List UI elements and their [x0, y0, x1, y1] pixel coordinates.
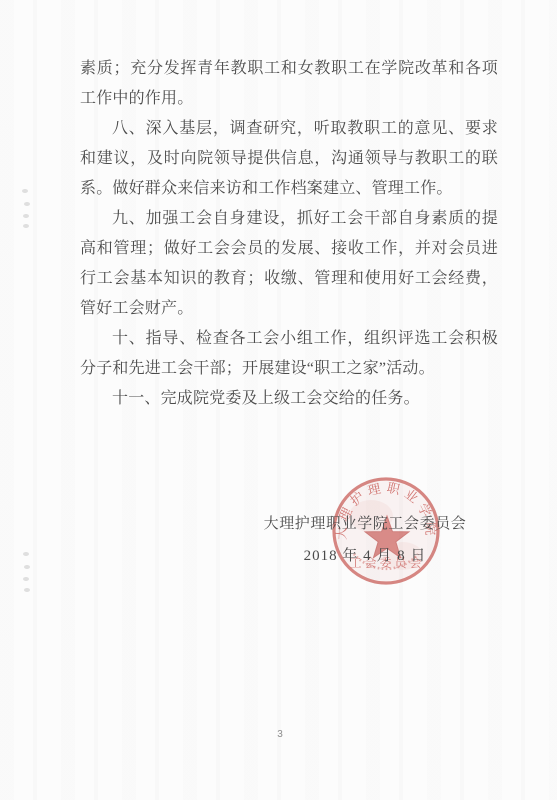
signature-date: 2018 年 4 月 8 日: [258, 544, 472, 568]
signature-block: 大理护理职业学院工会委员会 2018 年 4 月 8 日: [258, 512, 472, 568]
scanned-document-page: 素质；充分发挥青年教职工和女教职工在学院改革和各项工作中的作用。 八、深入基层，…: [0, 0, 557, 800]
paragraph-continuation: 素质；充分发挥青年教职工和女教职工在学院改革和各项工作中的作用。: [80, 54, 498, 114]
page-number: 3: [270, 729, 290, 740]
signature-organization: 大理护理职业学院工会委员会: [258, 512, 472, 536]
document-body: 素质；充分发挥青年教职工和女教职工在学院改革和各项工作中的作用。 八、深入基层，…: [80, 54, 498, 414]
paragraph-item-10: 十、指导、检查各工会小组工作，组织评选工会积极分子和先进工会干部；开展建设“职工…: [80, 324, 498, 384]
paragraph-item-8: 八、深入基层，调查研究，听取教职工的意见、要求和建议，及时向院领导提供信息，沟通…: [80, 114, 498, 204]
paragraph-item-9: 九、加强工会自身建设，抓好工会干部自身素质的提高和管理；做好工会会员的发展、接收…: [80, 204, 498, 324]
paragraph-item-11: 十一、完成院党委及上级工会交给的任务。: [80, 384, 498, 414]
